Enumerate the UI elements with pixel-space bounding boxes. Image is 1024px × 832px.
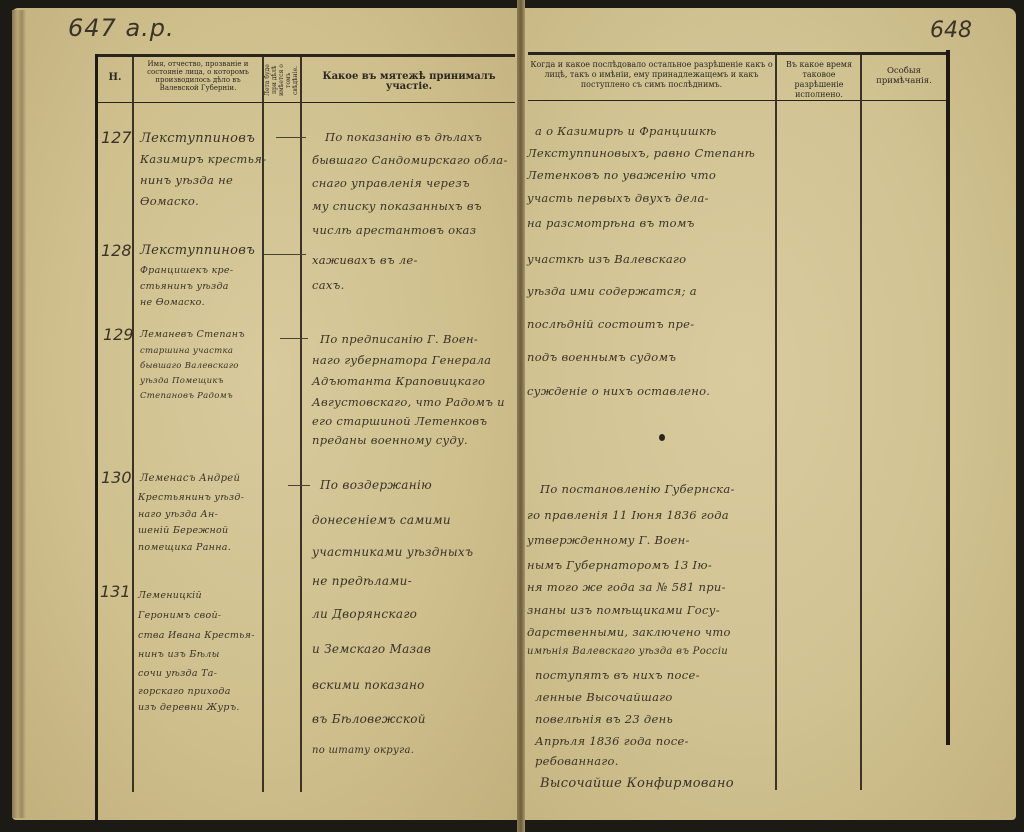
resolution-line: подъ военнымъ судомъ (527, 350, 676, 364)
entry-participation-line: участниками уѣздныхъ (312, 545, 473, 559)
entry-person-line: наго уѣзда Ан- (138, 509, 218, 520)
entry-participation-line: не предѣлами- (312, 574, 412, 588)
table-right-border (946, 50, 950, 745)
entry-participation-line: Августовскаго, что Радомъ и (312, 395, 505, 409)
resolution-line: нымъ Губернаторомъ 13 Ію- (527, 558, 712, 572)
resolution-line: дарственными, заключено что (527, 625, 731, 639)
entry-person-line: старшина участка (140, 346, 233, 356)
page-edges (12, 10, 26, 818)
resolution-line: ленные Высочайшаго (535, 690, 673, 704)
entry-person-line: Геронимъ свой- (138, 610, 221, 621)
resolution-line: сужденіе о нихъ оставлено. (527, 384, 710, 398)
entry-person-line: Леменасъ Андрей (140, 473, 240, 484)
entry-participation-line: бывшаго Сандомирскаго обла- (312, 153, 508, 167)
resolution-line: ня того же года за № 581 при- (527, 580, 726, 594)
resolution-line: участь первыхъ двухъ дела- (527, 191, 709, 205)
entry-participation-line: По воздержанію (320, 478, 432, 492)
resolution-line: утвержденному Г. Воен- (527, 533, 690, 547)
entry-person-line: Леманевъ Степанъ (140, 329, 245, 340)
folio-number-left: 647 a.p. (68, 14, 175, 42)
entry-person-line: нинъ уѣзда не (140, 173, 233, 187)
resolution-line: знаны изъ помѣщиками Госу- (527, 603, 720, 617)
entry-participation-line: По предписанію Г. Воен- (320, 332, 478, 346)
confirmation-line: Высочайше Конфирмовано (540, 776, 734, 791)
entry-person-line: уѣзда Помещикъ (140, 376, 224, 386)
header-resolution: Когда и какое послѣдовало остальное разр… (530, 60, 773, 90)
resolution-line: По постановленію Губернска- (540, 482, 735, 496)
entry-person-line: стьянинъ уѣзда (140, 281, 229, 292)
entry-person-line: помещика Ранна. (138, 542, 231, 553)
entry-person-line: не Ѳомаско. (140, 297, 205, 308)
header-top-rule-left (97, 54, 515, 57)
entry-person-line: ства Ивана Крестья- (138, 630, 255, 641)
ledger-book: 647 a.p. 648 Н. Имя, отчество, прозваніе… (0, 0, 1024, 832)
entry-participation-line: и Земскаго Мазав (312, 642, 431, 656)
book-spine (517, 0, 525, 832)
entry-person-line: Леменицкій (138, 590, 202, 601)
entry-participation-line: по штату округа. (312, 745, 414, 756)
entry-number: 127 (101, 128, 132, 147)
resolution-line: уѣзда ими содержатся; а (527, 284, 697, 298)
header-bottom-rule-left (97, 102, 515, 103)
entry-participation-line: По показанію въ дѣлахъ (325, 130, 482, 144)
resolution-line: послѣдній состоитъ пре- (527, 317, 694, 331)
resolution-line: повелѣнія въ 23 день (535, 712, 673, 726)
entry-number: 129 (103, 325, 134, 344)
entry-person-line: Францишекъ кре- (140, 265, 233, 276)
entry-dash (288, 485, 310, 486)
header-notes: Особыя примѣчанія. (864, 66, 944, 86)
entry-participation-line: донесеніемъ самими (312, 513, 451, 527)
resolution-line: поступятъ въ нихъ посе- (535, 668, 700, 682)
entry-person-line: Казимиръ крестья- (140, 152, 266, 166)
resolution-line: го правленія 11 Іюня 1836 года (527, 508, 729, 522)
entry-participation-line: наго губернатора Генерала (312, 353, 491, 367)
header-executed: Въ какое время таковое разрѣшеніе исполн… (778, 60, 860, 100)
resolution-line: Лекступпиновыхъ, равно Степанѣ (527, 146, 755, 160)
entry-participation-line: Адъютанта Краповицкаго (312, 374, 485, 388)
header-number: Н. (98, 73, 132, 83)
entry-participation-line: преданы военному суду. (312, 433, 468, 447)
entry-participation-line: му списку показанныхъ въ (312, 199, 482, 213)
resolution-line: имѣнія Валевскаго уѣзда въ Россіи (527, 646, 728, 657)
entry-number: 131 (100, 582, 131, 601)
header-person: Имя, отчество, прозваніе и состояніе лиц… (136, 60, 260, 92)
entry-participation-line: ли Дворянскаго (312, 607, 417, 621)
header-estate: Лета буде при дѣлѣ имѣется о томъ свѣдѣн… (264, 60, 298, 100)
entry-person-line: шеній Бережной (138, 525, 228, 536)
col-divider-3 (300, 57, 302, 792)
entry-number: 130 (101, 468, 132, 487)
ink-blot (659, 434, 665, 441)
entry-person-line: Крестьянинъ уѣзд- (138, 492, 244, 503)
header-top-rule-right (528, 52, 948, 55)
col-divider-2 (262, 57, 264, 792)
entry-person-line: изъ деревни Журъ. (138, 702, 240, 713)
header-bottom-rule-right (528, 100, 948, 101)
header-participation: Какое въ мятежѣ принималъ участіе. (304, 72, 514, 92)
col-divider-1 (132, 57, 134, 792)
entry-person-line: Ѳомаско. (140, 194, 199, 208)
resolution-line: ребованнаго. (535, 754, 619, 768)
resolution-line: Летенковъ по уваженію что (527, 168, 716, 182)
entry-participation-line: числѣ арестантовъ оказ (312, 223, 476, 237)
resolution-line: участкѣ изъ Валевскаго (527, 252, 686, 266)
entry-participation-line: въ Бѣловежской (312, 712, 426, 726)
entry-participation-line: хаживахъ въ ле- (312, 253, 418, 267)
resolution-line: а о Казимирѣ и Францишкѣ (535, 124, 717, 138)
entry-person-line: Степановъ Радомъ (140, 391, 233, 401)
entry-person-line: бывшаго Валевскаго (140, 361, 239, 371)
entry-person-line: сочи уѣзда Та- (138, 668, 217, 679)
entry-dash (276, 137, 306, 138)
entry-participation-line: вскими показано (312, 678, 425, 692)
resolution-line: на разсмотрѣна въ томъ (527, 216, 695, 230)
resolution-line: Апрѣля 1836 года посе- (535, 734, 689, 748)
entry-participation-line: сахъ. (312, 278, 345, 292)
folio-number-right: 648 (930, 18, 972, 43)
table-left-border (95, 54, 98, 822)
col-divider-4 (775, 55, 777, 790)
entry-person-line: нинъ изъ Бѣлы (138, 649, 220, 660)
entry-person-line: горскаго прихода (138, 686, 231, 697)
entry-participation-line: его старшиной Летенковъ (312, 414, 487, 428)
entry-participation-line: снаго управленія черезъ (312, 176, 470, 190)
entry-dash (264, 254, 306, 255)
col-divider-5 (860, 55, 862, 790)
entry-person-line: Лекступпиновъ (140, 243, 255, 258)
entry-dash (280, 338, 308, 339)
entry-number: 128 (101, 241, 132, 260)
entry-person-line: Лекступпиновъ (140, 131, 255, 146)
